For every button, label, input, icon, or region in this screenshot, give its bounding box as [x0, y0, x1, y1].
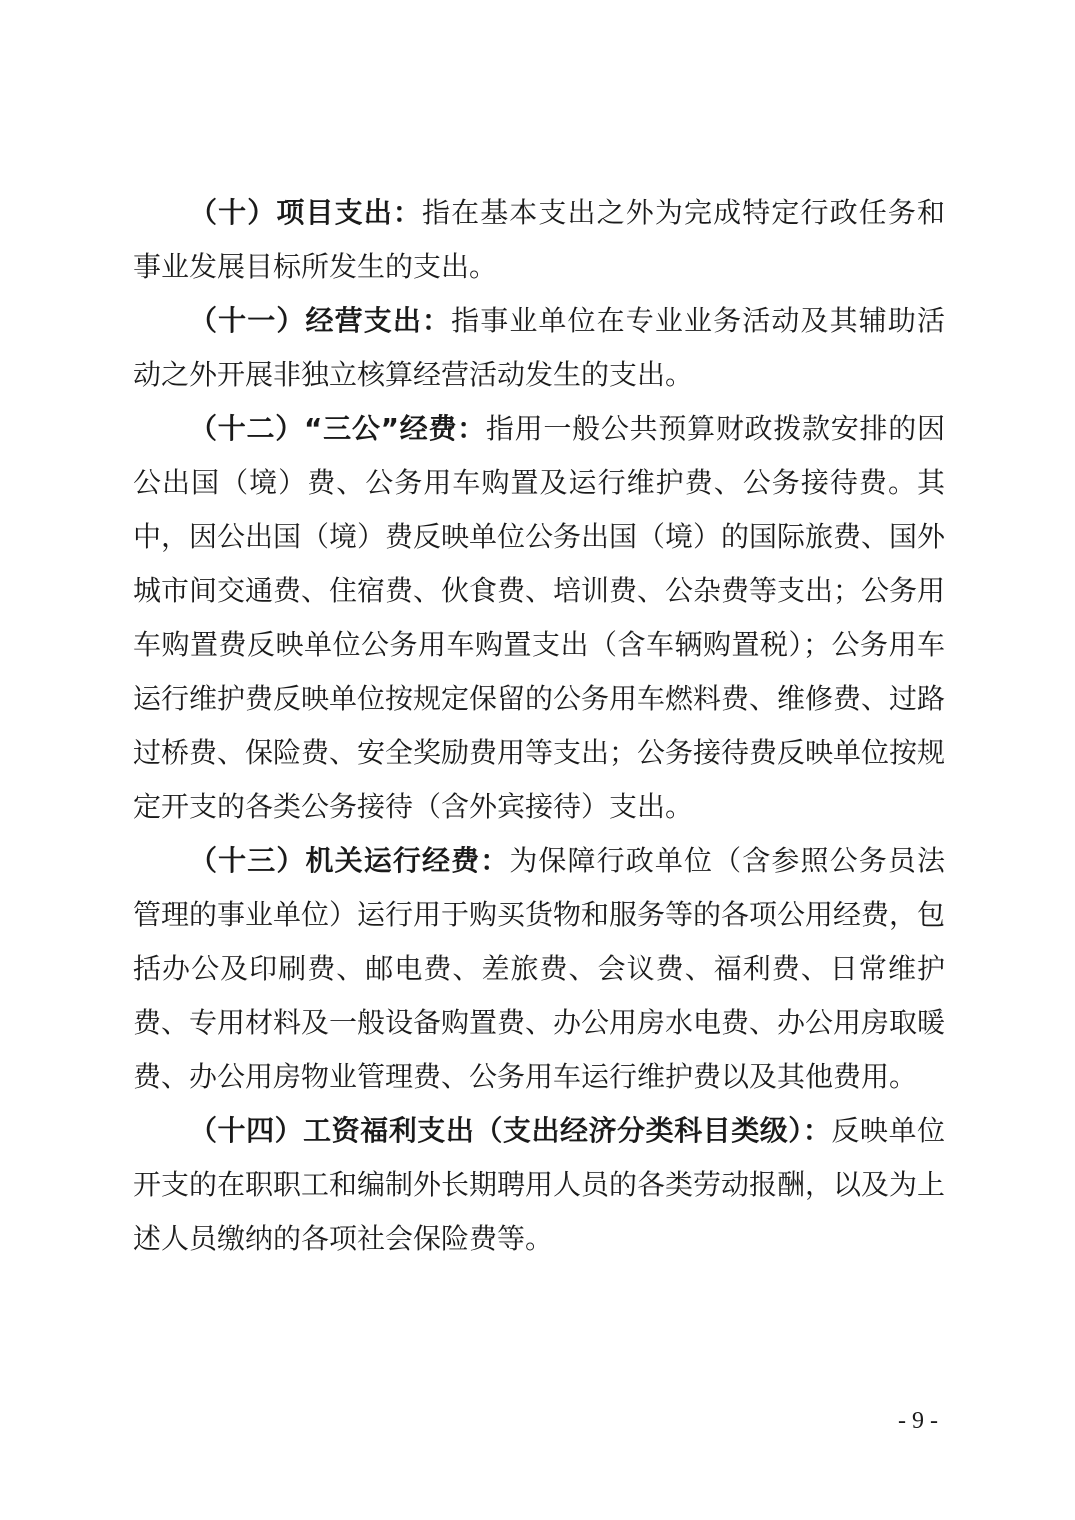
term-heading: （十二）“三公”经费：: [189, 412, 486, 445]
term-heading: （十三）机关运行经费：: [189, 844, 509, 877]
paragraph-operating-expenditure: （十一）经营支出：指事业单位在专业业务活动及其辅助活动之外开展非独立核算经营活动…: [133, 294, 945, 402]
document-page-body: （十）项目支出：指在基本支出之外为完成特定行政任务和事业发展目标所发生的支出。 …: [133, 186, 945, 1266]
term-definition: 指用一般公共预算财政拨款安排的因公出国（境）费、公务用车购置及运行维护费、公务接…: [133, 412, 945, 823]
term-heading: （十四）工资福利支出（支出经济分类科目类级）：: [189, 1114, 831, 1147]
term-definition: 为保障行政单位（含参照公务员法管理的事业单位）运行用于购买货物和服务等的各项公用…: [133, 844, 945, 1093]
paragraph-three-public-expenses: （十二）“三公”经费：指用一般公共预算财政拨款安排的因公出国（境）费、公务用车购…: [133, 402, 945, 834]
paragraph-agency-operating-funds: （十三）机关运行经费：为保障行政单位（含参照公务员法管理的事业单位）运行用于购买…: [133, 834, 945, 1104]
paragraph-wages-benefits: （十四）工资福利支出（支出经济分类科目类级）：反映单位开支的在职职工和编制外长期…: [133, 1104, 945, 1266]
term-heading: （十一）经营支出：: [189, 304, 451, 337]
term-heading: （十）项目支出：: [189, 196, 422, 229]
page-number: - 9 -: [878, 1408, 958, 1435]
paragraph-project-expenditure: （十）项目支出：指在基本支出之外为完成特定行政任务和事业发展目标所发生的支出。: [133, 186, 945, 294]
